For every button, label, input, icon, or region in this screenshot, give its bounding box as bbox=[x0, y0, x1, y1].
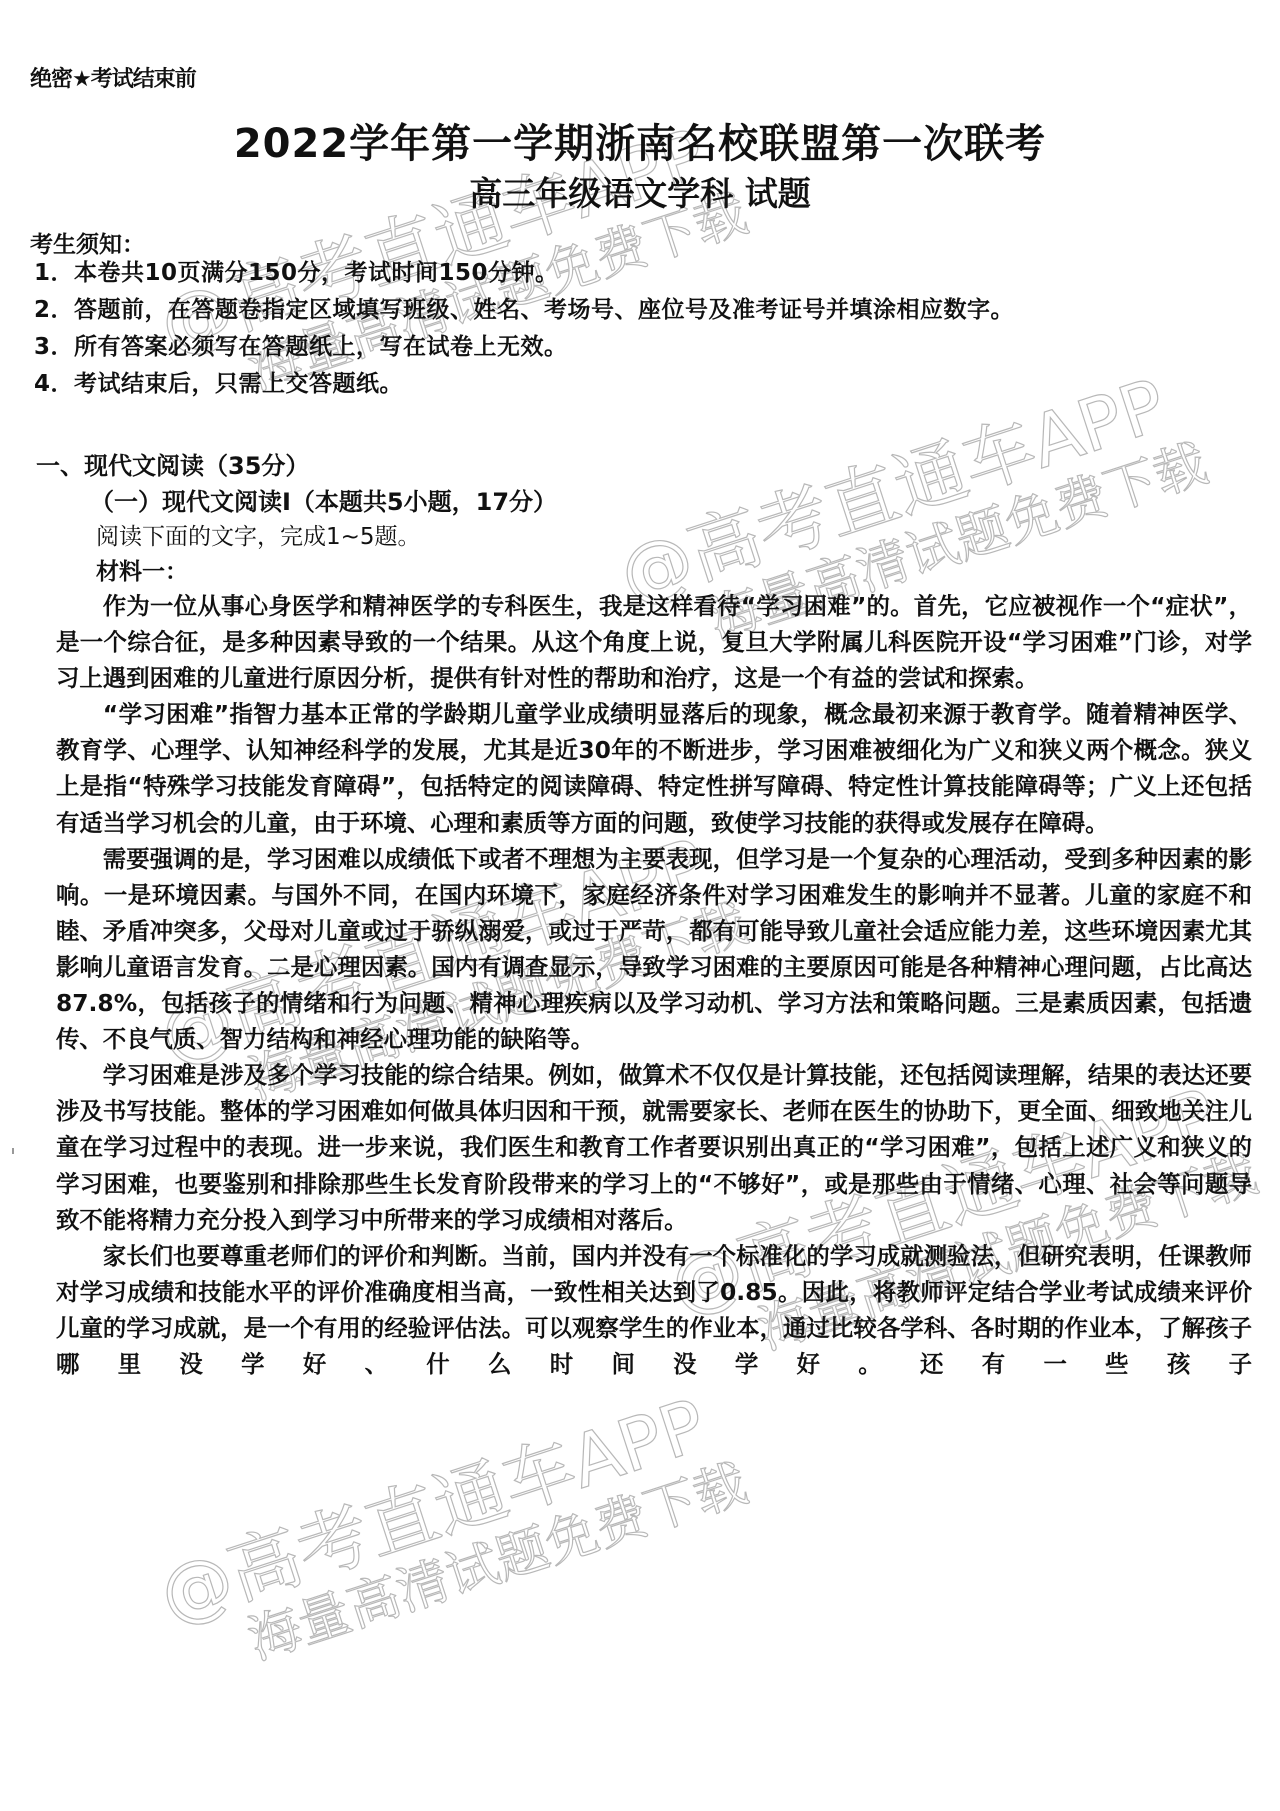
notice-item: 4．考试结束后，只需上交答题纸。 bbox=[34, 369, 1014, 406]
reading-instruction: 阅读下面的文字，完成1~5题。 bbox=[96, 518, 421, 551]
watermark-line2: 海量高清试题免费下载 bbox=[175, 1454, 755, 1693]
notice-heading: 考生须知： bbox=[30, 226, 145, 259]
paragraph: 作为一位从事心身医学和精神医学的专科医生，我是这样看待“学习困难”的。首先，它应… bbox=[56, 588, 1252, 696]
section-heading: 一、现代文阅读（35分） bbox=[36, 446, 309, 481]
exam-subtitle: 高三年级语文学科 试题 bbox=[0, 168, 1280, 215]
material-text: 作为一位从事心身医学和精神医学的专科医生，我是这样看待“学习困难”的。首先，它应… bbox=[56, 588, 1252, 1382]
exam-title: 2022学年第一学期浙南名校联盟第一次联考 bbox=[0, 112, 1280, 169]
watermark-line1: @高考直通车APP bbox=[150, 1378, 736, 1636]
watermark: @高考直通车APP 海量高清试题免费下载 bbox=[150, 1378, 754, 1693]
subsection-heading: （一）现代文阅读Ⅰ（本题共5小题，17分） bbox=[90, 482, 557, 517]
notice-item: 2．答题前，在答题卷指定区域填写班级、姓名、考场号、座位号及准考证号并填涂相应数… bbox=[34, 295, 1014, 332]
scan-speck bbox=[12, 1148, 14, 1154]
material-label: 材料一： bbox=[96, 553, 188, 586]
notice-item: 3．所有答案必须写在答题纸上，写在试卷上无效。 bbox=[34, 332, 1014, 369]
paragraph: 家长们也要尊重老师们的评价和判断。当前，国内并没有一个标准化的学习成就测验法，但… bbox=[56, 1238, 1252, 1382]
paragraph: 需要强调的是，学习困难以成绩低下或者不理想为主要表现，但学习是一个复杂的心理活动… bbox=[56, 841, 1252, 1058]
notice-list: 1．本卷共10页满分150分，考试时间150分钟。 2．答题前，在答题卷指定区域… bbox=[34, 258, 1014, 406]
notice-item: 1．本卷共10页满分150分，考试时间150分钟。 bbox=[34, 258, 1014, 295]
exam-page: @高考直通车APP 海量高清试题免费下载 @高考直通车APP 海量高清试题免费下… bbox=[0, 0, 1280, 1811]
paragraph: “学习困难”指智力基本正常的学龄期儿童学业成绩明显落后的现象，概念最初来源于教育… bbox=[56, 696, 1252, 840]
confidential-label: 绝密★考试结束前 bbox=[30, 62, 196, 93]
paragraph: 学习困难是涉及多个学习技能的综合结果。例如，做算术不仅仅是计算技能，还包括阅读理… bbox=[56, 1057, 1252, 1237]
